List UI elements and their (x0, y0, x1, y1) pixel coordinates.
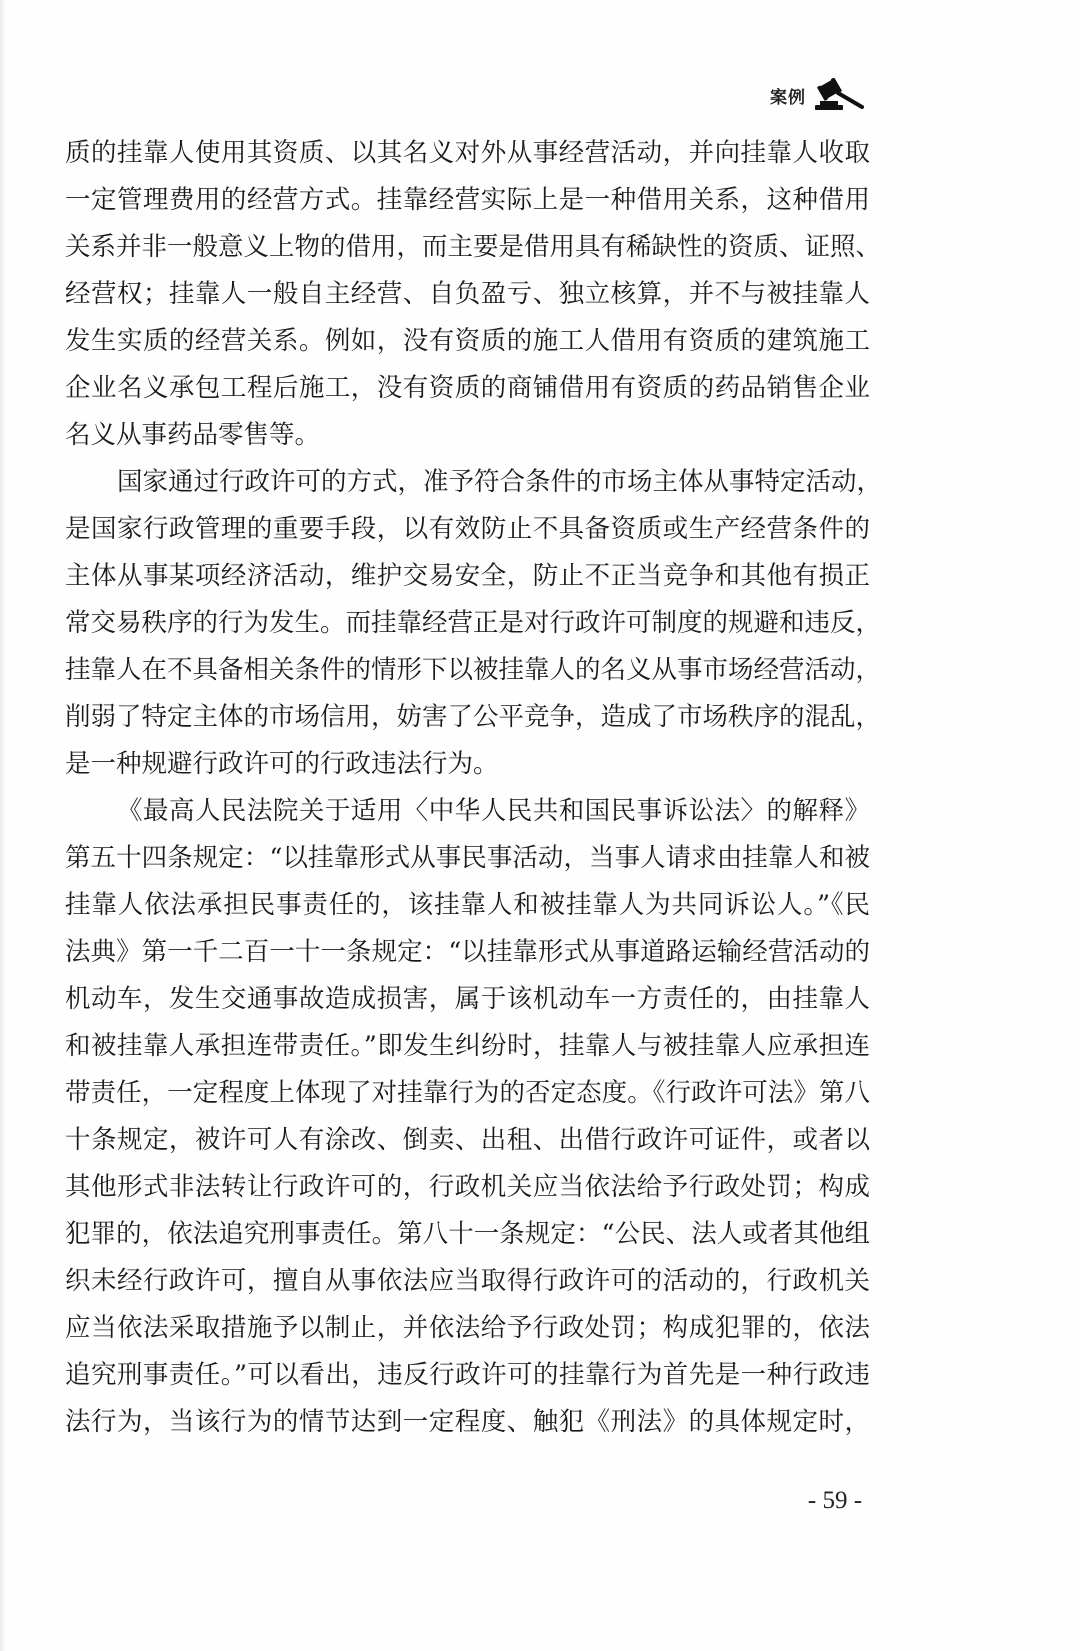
text-line: 犯罪的，依法追究刑事责任。第八十一条规定：“公民、法人或者其他组 (65, 1211, 870, 1258)
gavel-icon (814, 78, 864, 112)
text-line: 追究刑事责任。”可以看出，违反行政许可的挂靠行为首先是一种行政违 (65, 1352, 870, 1399)
text-line: 常交易秩序的行为发生。而挂靠经营正是对行政许可制度的规避和违反， (65, 600, 870, 647)
paragraph-2: 国家通过行政许可的方式，准予符合条件的市场主体从事特定活动， 是国家行政管理的重… (65, 459, 870, 788)
text-line: 和被挂靠人承担连带责任。”即发生纠纷时，挂靠人与被挂靠人应承担连 (65, 1023, 870, 1070)
text-line: 机动车，发生交通事故造成损害，属于该机动车一方责任的，由挂靠人 (65, 976, 870, 1023)
text-line: 挂靠人依法承担民事责任的，该挂靠人和被挂靠人为共同诉讼人。”《民 (65, 882, 870, 929)
text-line: 第五十四条规定：“以挂靠形式从事民事活动，当事人请求由挂靠人和被 (65, 835, 870, 882)
section-label: 案例 (770, 83, 806, 108)
text-line: 带责任，一定程度上体现了对挂靠行为的否定态度。《行政许可法》第八 (65, 1070, 870, 1117)
text-line: 应当依法采取措施予以制止，并依法给予行政处罚；构成犯罪的，依法 (65, 1305, 870, 1352)
paragraph-1: 质的挂靠人使用其资质、以其名义对外从事经营活动，并向挂靠人收取 一定管理费用的经… (65, 130, 870, 459)
page-edge-shadow (0, 0, 6, 1651)
text-line: 质的挂靠人使用其资质、以其名义对外从事经营活动，并向挂靠人收取 (65, 130, 870, 177)
text-line: 经营权；挂靠人一般自主经营、自负盈亏、独立核算，并不与被挂靠人 (65, 271, 870, 318)
text-line: 织未经行政许可，擅自从事依法应当取得行政许可的活动的，行政机关 (65, 1258, 870, 1305)
text-line: 名义从事药品零售等。 (65, 412, 870, 459)
text-line: 十条规定，被许可人有涂改、倒卖、出租、出借行政许可证件，或者以 (65, 1117, 870, 1164)
text-line: 企业名义承包工程后施工，没有资质的商铺借用有资质的药品销售企业 (65, 365, 870, 412)
text-line: 主体从事某项经济活动，维护交易安全，防止不正当竞争和其他有损正 (65, 553, 870, 600)
text-line: 发生实质的经营关系。例如，没有资质的施工人借用有资质的建筑施工 (65, 318, 870, 365)
text-line: 挂靠人在不具备相关条件的情形下以被挂靠人的名义从事市场经营活动， (65, 647, 870, 694)
text-line: 关系并非一般意义上物的借用，而主要是借用具有稀缺性的资质、证照、 (65, 224, 870, 271)
body-text: 质的挂靠人使用其资质、以其名义对外从事经营活动，并向挂靠人收取 一定管理费用的经… (65, 130, 870, 1446)
running-header: 案例 (770, 78, 864, 112)
text-line: 是国家行政管理的重要手段，以有效防止不具备资质或生产经营条件的 (65, 506, 870, 553)
text-line: 法典》第一千二百一十一条规定：“以挂靠形式从事道路运输经营活动的 (65, 929, 870, 976)
page-number: - 59 - (790, 1487, 880, 1515)
text-line: 一定管理费用的经营方式。挂靠经营实际上是一种借用关系，这种借用 (65, 177, 870, 224)
text-line: 是一种规避行政许可的行政违法行为。 (65, 741, 870, 788)
book-page: 案例 质的挂靠人使用其资质、以其名义对外从事经营活动，并向挂靠人收取 一定管理费… (0, 0, 1080, 1651)
text-line: 《最高人民法院关于适用〈中华人民共和国民事诉讼法〉的解释》 (65, 788, 870, 835)
text-line: 法行为，当该行为的情节达到一定程度、触犯《刑法》的具体规定时， (65, 1399, 870, 1446)
text-line: 其他形式非法转让行政许可的，行政机关应当依法给予行政处罚；构成 (65, 1164, 870, 1211)
paragraph-3: 《最高人民法院关于适用〈中华人民共和国民事诉讼法〉的解释》 第五十四条规定：“以… (65, 788, 870, 1446)
text-line: 国家通过行政许可的方式，准予符合条件的市场主体从事特定活动， (65, 459, 870, 506)
text-line: 削弱了特定主体的市场信用，妨害了公平竞争，造成了市场秩序的混乱， (65, 694, 870, 741)
